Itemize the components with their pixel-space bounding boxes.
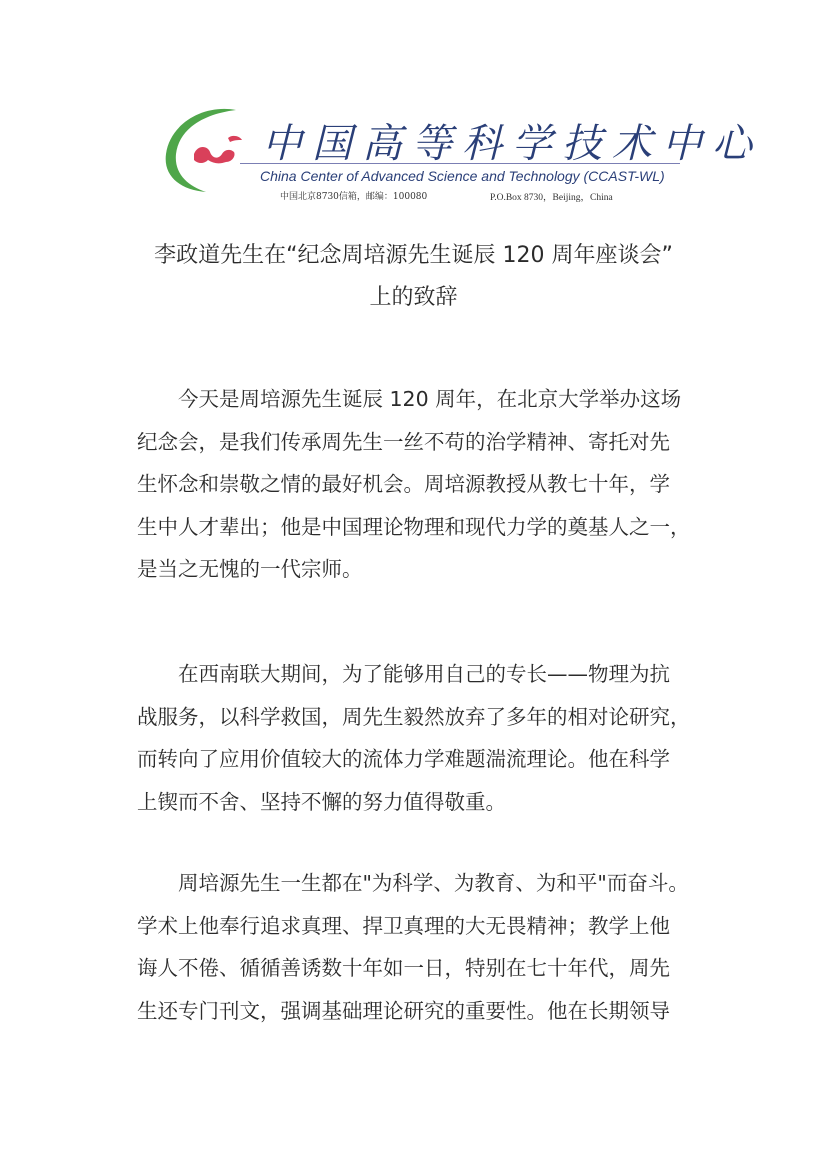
paragraph-line: 在西南联大期间，为了能够用自己的专长——物理为抗 [137, 653, 727, 696]
paragraph-3: 周培源先生一生都在"为科学、为教育、为和平"而奋斗。 学术上他奉行追求真理、捍卫… [137, 862, 727, 1032]
paragraph-line: 生中人才辈出；他是中国理论物理和现代力学的奠基人之一， [137, 506, 727, 549]
paragraph-line: 是当之无愧的一代宗师。 [137, 548, 727, 591]
paragraph-line: 周培源先生一生都在"为科学、为教育、为和平"而奋斗。 [137, 862, 727, 905]
paragraph-line: 而转向了应用价值较大的流体力学难题湍流理论。他在科学 [137, 738, 727, 781]
paragraph-line: 纪念会，是我们传承周先生一丝不苟的治学精神、寄托对先 [137, 421, 727, 464]
paragraph-line: 生怀念和崇敬之情的最好机会。周培源教授从教七十年，学 [137, 463, 727, 506]
paragraph-line: 战服务，以科学救国，周先生毅然放弃了多年的相对论研究， [137, 696, 727, 739]
paragraph-2: 在西南联大期间，为了能够用自己的专长——物理为抗 战服务，以科学救国，周先生毅然… [137, 653, 727, 823]
document-title-line2: 上的致辞 [0, 280, 827, 311]
letterhead: 中国高等科学技术中心 China Center of Advanced Scie… [0, 0, 827, 210]
org-name-cn: 中国高等科学技术中心 [262, 112, 762, 169]
paragraph-line: 诲人不倦、循循善诱数十年如一日，特别在七十年代，周先 [137, 947, 727, 990]
paragraph-line: 生还专门刊文，强调基础理论研究的重要性。他在长期领导 [137, 990, 727, 1033]
paragraph-line: 学术上他奉行追求真理、捍卫真理的大无畏精神；教学上他 [137, 905, 727, 948]
document-title-line1: 李政道先生在“纪念周培源先生诞辰 120 周年座谈会” [0, 238, 827, 269]
paragraph-1: 今天是周培源先生诞辰 120 周年，在北京大学举办这场 纪念会，是我们传承周先生… [137, 378, 727, 591]
org-name-en: China Center of Advanced Science and Tec… [260, 168, 665, 184]
address-en: P.O.Box 8730，Beijing，China [490, 189, 613, 203]
paragraph-line: 今天是周培源先生诞辰 120 周年，在北京大学举办这场 [137, 378, 727, 421]
letterhead-rule [240, 163, 680, 164]
address-cn: 中国北京8730信箱，邮编：100080 [280, 189, 427, 202]
paragraph-line: 上锲而不舍、坚持不懈的努力值得敬重。 [137, 781, 727, 824]
ccast-logo-icon [158, 104, 258, 194]
